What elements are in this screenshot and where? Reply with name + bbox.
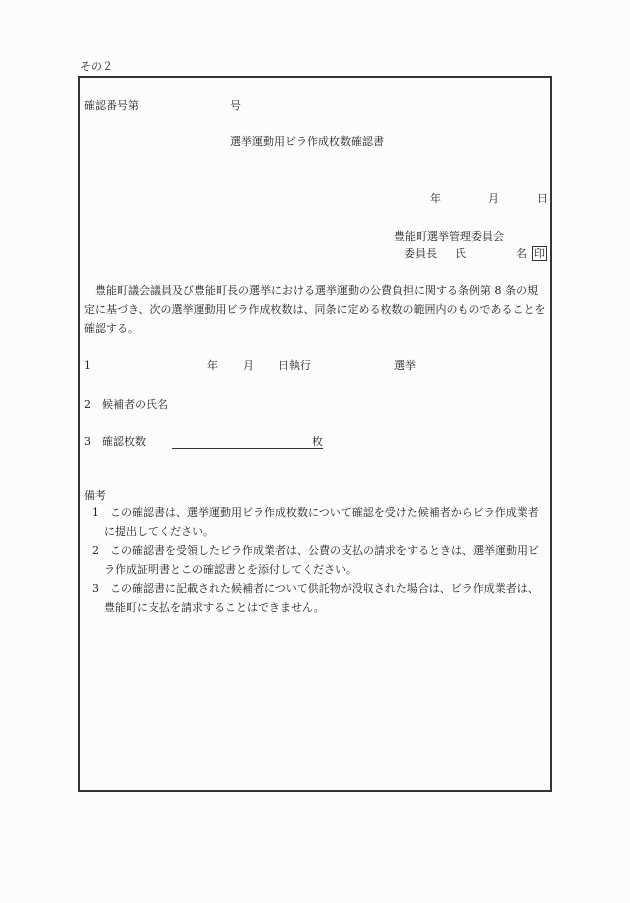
date-month: 月	[488, 192, 499, 206]
form-number: その２	[80, 60, 113, 74]
item-1-number: 1	[84, 359, 91, 373]
seal-mark: 印	[532, 246, 547, 261]
date-year: 年	[430, 192, 441, 206]
issuer-position: 委員長	[404, 247, 437, 261]
count-underline[interactable]	[172, 436, 312, 449]
item-2-label: 候補者の氏名	[102, 398, 168, 412]
issuer-organization: 豊能町選挙管理委員会	[394, 230, 504, 244]
confirmation-form: 確認番号第 号 選挙運動用ビラ作成枚数確認書 年 月 日 豊能町選挙管理委員会 …	[78, 76, 552, 792]
item-2-number: 2	[84, 398, 91, 412]
note-item: 2 この確認書を受領したビラ作成業者は、公費の支払の請求をするときは、選挙運動用…	[84, 541, 546, 579]
body-text: 豊能町議会議員及び豊能町長の選挙における選挙運動の公費負担に関する条例第 8 条…	[84, 284, 546, 335]
note-item: 1 この確認書は、選挙運動用ビラ作成枚数について確認を受けた候補者からビラ作成業…	[84, 503, 546, 541]
confirmation-number-suffix: 号	[230, 99, 241, 113]
item-3-unit: 枚	[312, 435, 323, 449]
notes-list: 1 この確認書は、選挙運動用ビラ作成枚数について確認を受けた候補者からビラ作成業…	[84, 503, 546, 617]
item-1-month: 月	[243, 359, 254, 373]
item-1-year: 年	[207, 359, 218, 373]
notes-heading: 備考	[84, 489, 106, 503]
item-1-election: 選挙	[394, 359, 416, 373]
item-3-number: 3	[84, 435, 91, 449]
body-paragraph: 豊能町議会議員及び豊能町長の選挙における選挙運動の公費負担に関する条例第 8 条…	[84, 281, 546, 338]
item-3-label: 確認枚数	[102, 435, 146, 449]
item-1-day-exec: 日執行	[278, 359, 311, 373]
document-title: 選挙運動用ビラ作成枚数確認書	[230, 135, 384, 149]
confirmation-number-prefix: 確認番号第	[84, 99, 139, 113]
note-item: 3 この確認書に記載された候補者について供託物が没収された場合は、ビラ作成業者は…	[84, 579, 546, 617]
seal-icon: 印	[532, 246, 547, 261]
name-label-1: 氏	[455, 247, 466, 261]
confirmed-count-field[interactable]: 枚	[172, 435, 323, 449]
name-label-2: 名	[516, 247, 527, 261]
date-day: 日	[537, 192, 548, 206]
